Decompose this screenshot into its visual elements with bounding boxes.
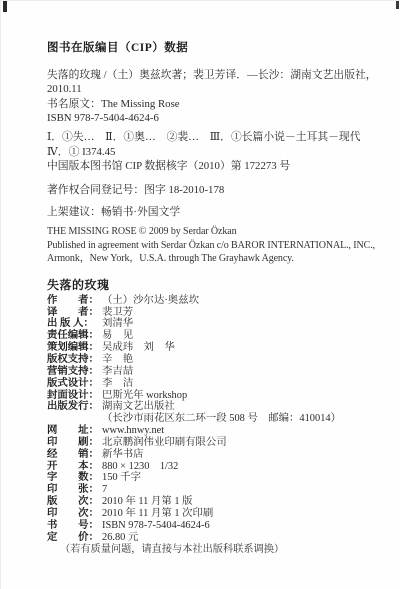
colophon-row-rights-support: 版权支持：辛 艳 bbox=[47, 354, 370, 366]
colophon-row-editor: 责任编辑：易 见 bbox=[47, 330, 370, 342]
colophon-value: 7 bbox=[102, 484, 107, 496]
colophon-label: 经 销： bbox=[47, 449, 102, 461]
colophon-label: 作 者： bbox=[47, 295, 102, 307]
english-notice-line: THE MISSING ROSE © 2009 by Serdar Özkan bbox=[47, 225, 370, 239]
colophon-label: 印 张： bbox=[47, 484, 102, 496]
english-copyright-notice: THE MISSING ROSE © 2009 by Serdar Özkan … bbox=[47, 225, 370, 266]
colophon-value: 2010 年 11 月第 1 次印刷 bbox=[102, 508, 213, 520]
colophon-row-isbn: 书 号：ISBN 978-7-5404-4624-6 bbox=[47, 520, 370, 532]
colophon-row-word-count: 字 数：150 千字 bbox=[47, 472, 370, 484]
colophon-value: （土）沙尔达·奥兹坎 bbox=[102, 295, 199, 307]
colophon-row-format: 开 本：880 × 1230 1/32 bbox=[47, 461, 370, 473]
cip-record: 失落的玫瑰 /（土）奥兹坎著；裴卫芳译．—长沙：湖南文艺出版社， 2010.11… bbox=[47, 68, 370, 125]
colophon-label: 印 次： bbox=[47, 508, 102, 520]
colophon-label: 定 价： bbox=[47, 532, 102, 544]
cip-register-number: 中国版本图书馆 CIP 数据核字（2010）第 172273 号 bbox=[47, 159, 370, 174]
colophon-value: 2010 年 11 月第 1 版 bbox=[102, 496, 193, 508]
colophon-label: 字 数： bbox=[47, 472, 102, 484]
copyright-page-scan: 图书在版编目（CIP）数据 失落的玫瑰 /（土）奥兹坎著；裴卫芳译．—长沙：湖南… bbox=[0, 0, 400, 589]
cip-record-line: 2010.11 bbox=[47, 82, 370, 96]
colophon-value: 新华书店 bbox=[102, 449, 144, 461]
colophon-list: 作 者：（土）沙尔达·奥兹坎 译 者：裴卫芳 出 版 人：刘清华 责任编辑：易 … bbox=[47, 295, 370, 544]
copyright-registration: 著作权合同登记号：图字 18-2010-178 bbox=[47, 183, 370, 197]
colophon-value: 刘清华 bbox=[102, 318, 133, 330]
cip-classification: Ⅰ．①失… Ⅱ．①奥… ②裴… Ⅲ．①长篇小说－土耳其－现代 Ⅳ．① I374.… bbox=[47, 130, 370, 174]
colophon-label: 网 址： bbox=[47, 425, 102, 437]
cip-record-line: ISBN 978-7-5404-4624-6 bbox=[47, 111, 370, 125]
book-title: 失落的玫瑰 bbox=[47, 279, 370, 292]
colophon-label: 印 刷： bbox=[47, 437, 102, 449]
quality-note: （若有质量问题，请直接与本社出版科联系调换） bbox=[60, 544, 370, 556]
colophon-label: 版式设计： bbox=[47, 378, 102, 390]
colophon-value: 巴斯光年 workshop bbox=[102, 390, 187, 402]
colophon-row-distributor: 经 销：新华书店 bbox=[47, 449, 370, 461]
colophon-label: 开 本： bbox=[47, 461, 102, 473]
colophon-label bbox=[47, 413, 102, 425]
colophon-value: ISBN 978-7-5404-4624-6 bbox=[102, 520, 210, 532]
scan-corner-mark-left-icon bbox=[3, 1, 7, 12]
colophon-value: www.hnwy.net bbox=[102, 425, 164, 437]
colophon-value: 李 洁 bbox=[102, 378, 133, 390]
shelf-suggestion: 上架建议：畅销书·外国文学 bbox=[47, 205, 370, 219]
colophon-value: （长沙市雨花区东二环一段 508 号 邮编：410014） bbox=[102, 413, 341, 425]
colophon-row-website: 网 址：www.hnwy.net bbox=[47, 425, 370, 437]
colophon-row-printing: 印 次：2010 年 11 月第 1 次印刷 bbox=[47, 508, 370, 520]
colophon-row-publisher-person: 出 版 人：刘清华 bbox=[47, 318, 370, 330]
colophon-row-author: 作 者：（土）沙尔达·奥兹坎 bbox=[47, 295, 370, 307]
colophon-row-marketing-support: 营销支持：李吉喆 bbox=[47, 366, 370, 378]
colophon-value: 吴成玮 刘 华 bbox=[102, 342, 175, 354]
colophon-value: 150 千字 bbox=[102, 472, 141, 484]
colophon-row-translator: 译 者：裴卫芳 bbox=[47, 307, 370, 319]
classification-line: Ⅰ．①失… Ⅱ．①奥… ②裴… Ⅲ．①长篇小说－土耳其－现代 bbox=[47, 130, 370, 145]
colophon-value: 辛 艳 bbox=[102, 354, 133, 366]
colophon-value: 26.80 元 bbox=[102, 532, 138, 544]
colophon-label: 版权支持： bbox=[47, 354, 102, 366]
english-notice-line: Published in agreement with Serdar Özkan… bbox=[47, 239, 370, 253]
colophon-row-price: 定 价：26.80 元 bbox=[47, 532, 370, 544]
colophon-row-publisher-address: （长沙市雨花区东二环一段 508 号 邮编：410014） bbox=[47, 413, 370, 425]
colophon-label: 营销支持： bbox=[47, 366, 102, 378]
colophon-row-planning-editor: 策划编辑：吴成玮 刘 华 bbox=[47, 342, 370, 354]
colophon-value: 裴卫芳 bbox=[102, 307, 133, 319]
colophon-row-sheets: 印 张：7 bbox=[47, 484, 370, 496]
colophon-label: 版 次： bbox=[47, 496, 102, 508]
scan-corner-mark-right-icon bbox=[396, 1, 399, 9]
colophon-label: 责任编辑： bbox=[47, 330, 102, 342]
colophon-row-layout-design: 版式设计：李 洁 bbox=[47, 378, 370, 390]
colophon-value: 李吉喆 bbox=[102, 366, 133, 378]
colophon-value: 易 见 bbox=[102, 330, 133, 342]
classification-line: Ⅳ．① I374.45 bbox=[47, 145, 370, 160]
colophon-label: 书 号： bbox=[47, 520, 102, 532]
colophon-value: 880 × 1230 1/32 bbox=[102, 461, 178, 473]
english-notice-line: Armonk，New York，U.S.A. through The Grayh… bbox=[47, 252, 370, 266]
colophon-row-cover-design: 封面设计：巴斯光年 workshop bbox=[47, 390, 370, 402]
colophon-value: 北京鹏润伟业印刷有限公司 bbox=[102, 437, 227, 449]
colophon-label: 策划编辑： bbox=[47, 342, 102, 354]
colophon-label: 封面设计： bbox=[47, 390, 102, 402]
colophon-label: 出版发行： bbox=[47, 401, 102, 413]
colophon-row-printer: 印 刷：北京鹏润伟业印刷有限公司 bbox=[47, 437, 370, 449]
colophon-row-publisher: 出版发行：湖南文艺出版社 bbox=[47, 401, 370, 413]
cip-heading: 图书在版编目（CIP）数据 bbox=[47, 42, 370, 54]
colophon-label: 译 者： bbox=[47, 307, 102, 319]
cip-record-line: 书名原文：The Missing Rose bbox=[47, 97, 370, 111]
colophon-label: 出 版 人： bbox=[47, 318, 102, 330]
page-content: 图书在版编目（CIP）数据 失落的玫瑰 /（土）奥兹坎著；裴卫芳译．—长沙：湖南… bbox=[1, 1, 400, 556]
colophon-row-edition: 版 次：2010 年 11 月第 1 版 bbox=[47, 496, 370, 508]
colophon-value: 湖南文艺出版社 bbox=[102, 401, 175, 413]
cip-record-line: 失落的玫瑰 /（土）奥兹坎著；裴卫芳译．—长沙：湖南文艺出版社， bbox=[47, 68, 370, 82]
